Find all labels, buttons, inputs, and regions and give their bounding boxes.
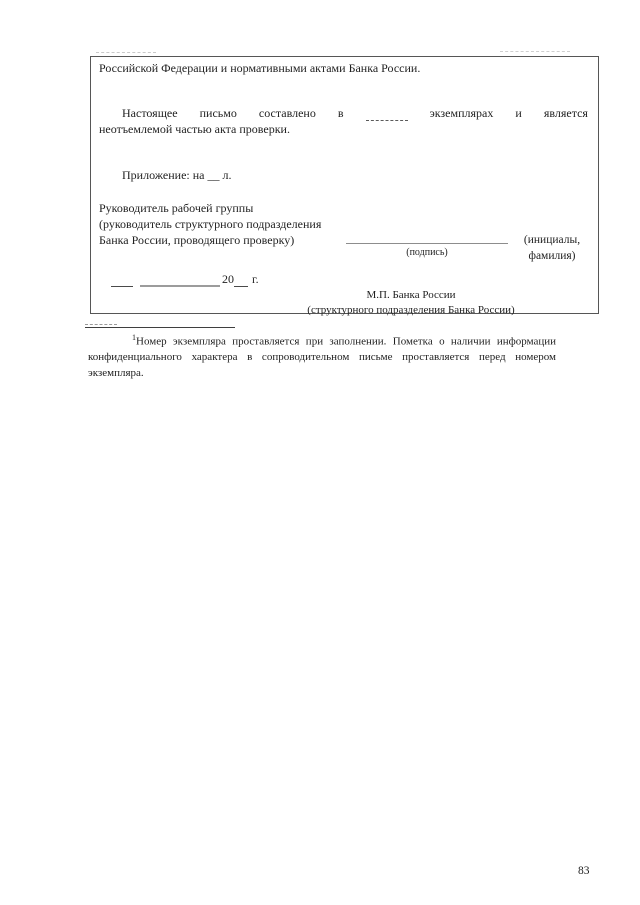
sentence-word: является	[544, 106, 588, 121]
copies-number-blank	[366, 109, 408, 121]
date-month-blank	[140, 274, 220, 287]
signer-title-line-1: Руководитель рабочей группы	[99, 200, 321, 216]
clause-continuation-line: Российской Федерации и нормативными акта…	[99, 61, 420, 76]
scanned-document-page: Российской Федерации и нормативными акта…	[0, 0, 640, 905]
attachment-line: Приложение: на __ л.	[122, 168, 231, 183]
initials-caption: (инициалы, фамилия)	[511, 232, 593, 264]
initials-caption-line-2: фамилия)	[511, 248, 593, 264]
copies-sentence-line-2: неотъемлемой частью акта проверки.	[99, 122, 290, 137]
date-line: 20 г.	[111, 272, 259, 287]
date-year-blank	[234, 274, 248, 287]
stamp-caption-line-1: М.П. Банка России	[296, 288, 526, 303]
initials-caption-line-1: (инициалы,	[511, 232, 593, 248]
signature-line	[346, 228, 508, 244]
scan-artifact	[500, 51, 570, 52]
signature-caption: (подпись)	[346, 247, 508, 258]
sentence-word: составлено	[259, 106, 316, 121]
page-number: 83	[578, 865, 590, 877]
footnote-body: Номер экземпляра проставляется при запол…	[88, 336, 556, 379]
scan-artifact	[96, 52, 156, 53]
sentence-word: Настоящее	[122, 106, 178, 121]
signer-title-line-3: Банка России, проводящего проверку)	[99, 232, 321, 248]
footnote-text: 1Номер экземпляра проставляется при запо…	[88, 330, 556, 381]
copies-sentence-line: Настоящее письмо составлено в экземпляра…	[122, 106, 588, 121]
date-day-blank	[111, 274, 133, 287]
date-year-abbrev: г.	[252, 272, 259, 287]
sentence-word: и	[515, 106, 521, 121]
scan-artifact	[85, 324, 117, 325]
stamp-caption-line-2: (структурного подразделения Банка России…	[296, 303, 526, 318]
date-century: 20	[222, 272, 234, 287]
stamp-caption: М.П. Банка России (структурного подразде…	[296, 288, 526, 317]
sentence-word: письмо	[200, 106, 237, 121]
form-frame: Российской Федерации и нормативными акта…	[90, 56, 599, 314]
sentence-word: экземплярах	[430, 106, 494, 121]
sentence-word: в	[338, 106, 344, 121]
signer-title-block: Руководитель рабочей группы (руководител…	[99, 200, 321, 248]
footnote-rule	[85, 327, 235, 328]
signer-title-line-2: (руководитель структурного подразделения	[99, 216, 321, 232]
